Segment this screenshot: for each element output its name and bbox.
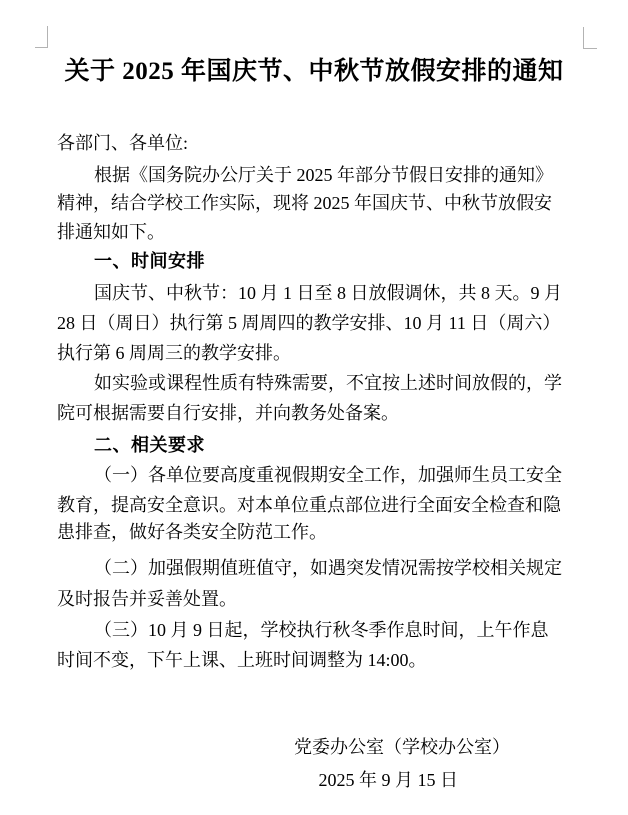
page-title: 关于 2025 年国庆节、中秋节放假安排的通知 xyxy=(0,52,628,92)
margin-crop-mark-top-right xyxy=(583,27,597,49)
intro-line-2: 精神，结合学校工作实际，现将 2025 年国庆节、中秋节放假安 xyxy=(57,188,573,218)
schedule-line-3: 执行第 6 周周三的教学安排。 xyxy=(57,338,573,368)
schedule-line-2: 28 日（周日）执行第 5 周周四的教学安排、10 月 11 日（周六） xyxy=(57,308,573,338)
requirement-2-line-2: 及时报告并妥善处置。 xyxy=(57,584,573,614)
salutation-line: 各部门、各单位: xyxy=(57,128,573,158)
signature-office: 党委办公室（学校办公室） xyxy=(0,732,628,762)
requirement-3-line-1: （三）10 月 9 日起，学校执行秋冬季作息时间，上午作息 xyxy=(57,615,573,645)
requirement-3-line-2: 时间不变，下午上课、上班时间调整为 14:00。 xyxy=(57,645,573,675)
section-heading-2: 二、相关要求 xyxy=(57,430,573,460)
exception-line-1: 如实验或课程性质有特殊需要，不宜按上述时间放假的，学 xyxy=(57,368,573,398)
margin-crop-mark-top-left xyxy=(35,26,48,48)
requirement-1-line-2: 教育，提高安全意识。对本单位重点部位进行全面安全检查和隐 xyxy=(57,490,573,520)
exception-line-2: 院可根据需要自行安排，并向教务处备案。 xyxy=(57,398,573,428)
requirement-2-line-1: （二）加强假期值班值守，如遇突发情况需按学校相关规定 xyxy=(57,553,573,583)
schedule-line-1: 国庆节、中秋节：10 月 1 日至 8 日放假调休，共 8 天。9 月 xyxy=(57,278,573,308)
document-page: 关于 2025 年国庆节、中秋节放假安排的通知 各部门、各单位: 根据《国务院办… xyxy=(0,0,628,815)
intro-line-3: 排通知如下。 xyxy=(57,217,573,247)
signature-date: 2025 年 9 月 15 日 xyxy=(0,765,628,795)
intro-line-1: 根据《国务院办公厅关于 2025 年部分节假日安排的通知》 xyxy=(57,160,573,190)
requirement-1-line-3: 患排查，做好各类安全防范工作。 xyxy=(57,517,573,547)
section-heading-1: 一、时间安排 xyxy=(57,246,573,276)
requirement-1-line-1: （一）各单位要高度重视假期安全工作，加强师生员工安全 xyxy=(57,460,573,490)
